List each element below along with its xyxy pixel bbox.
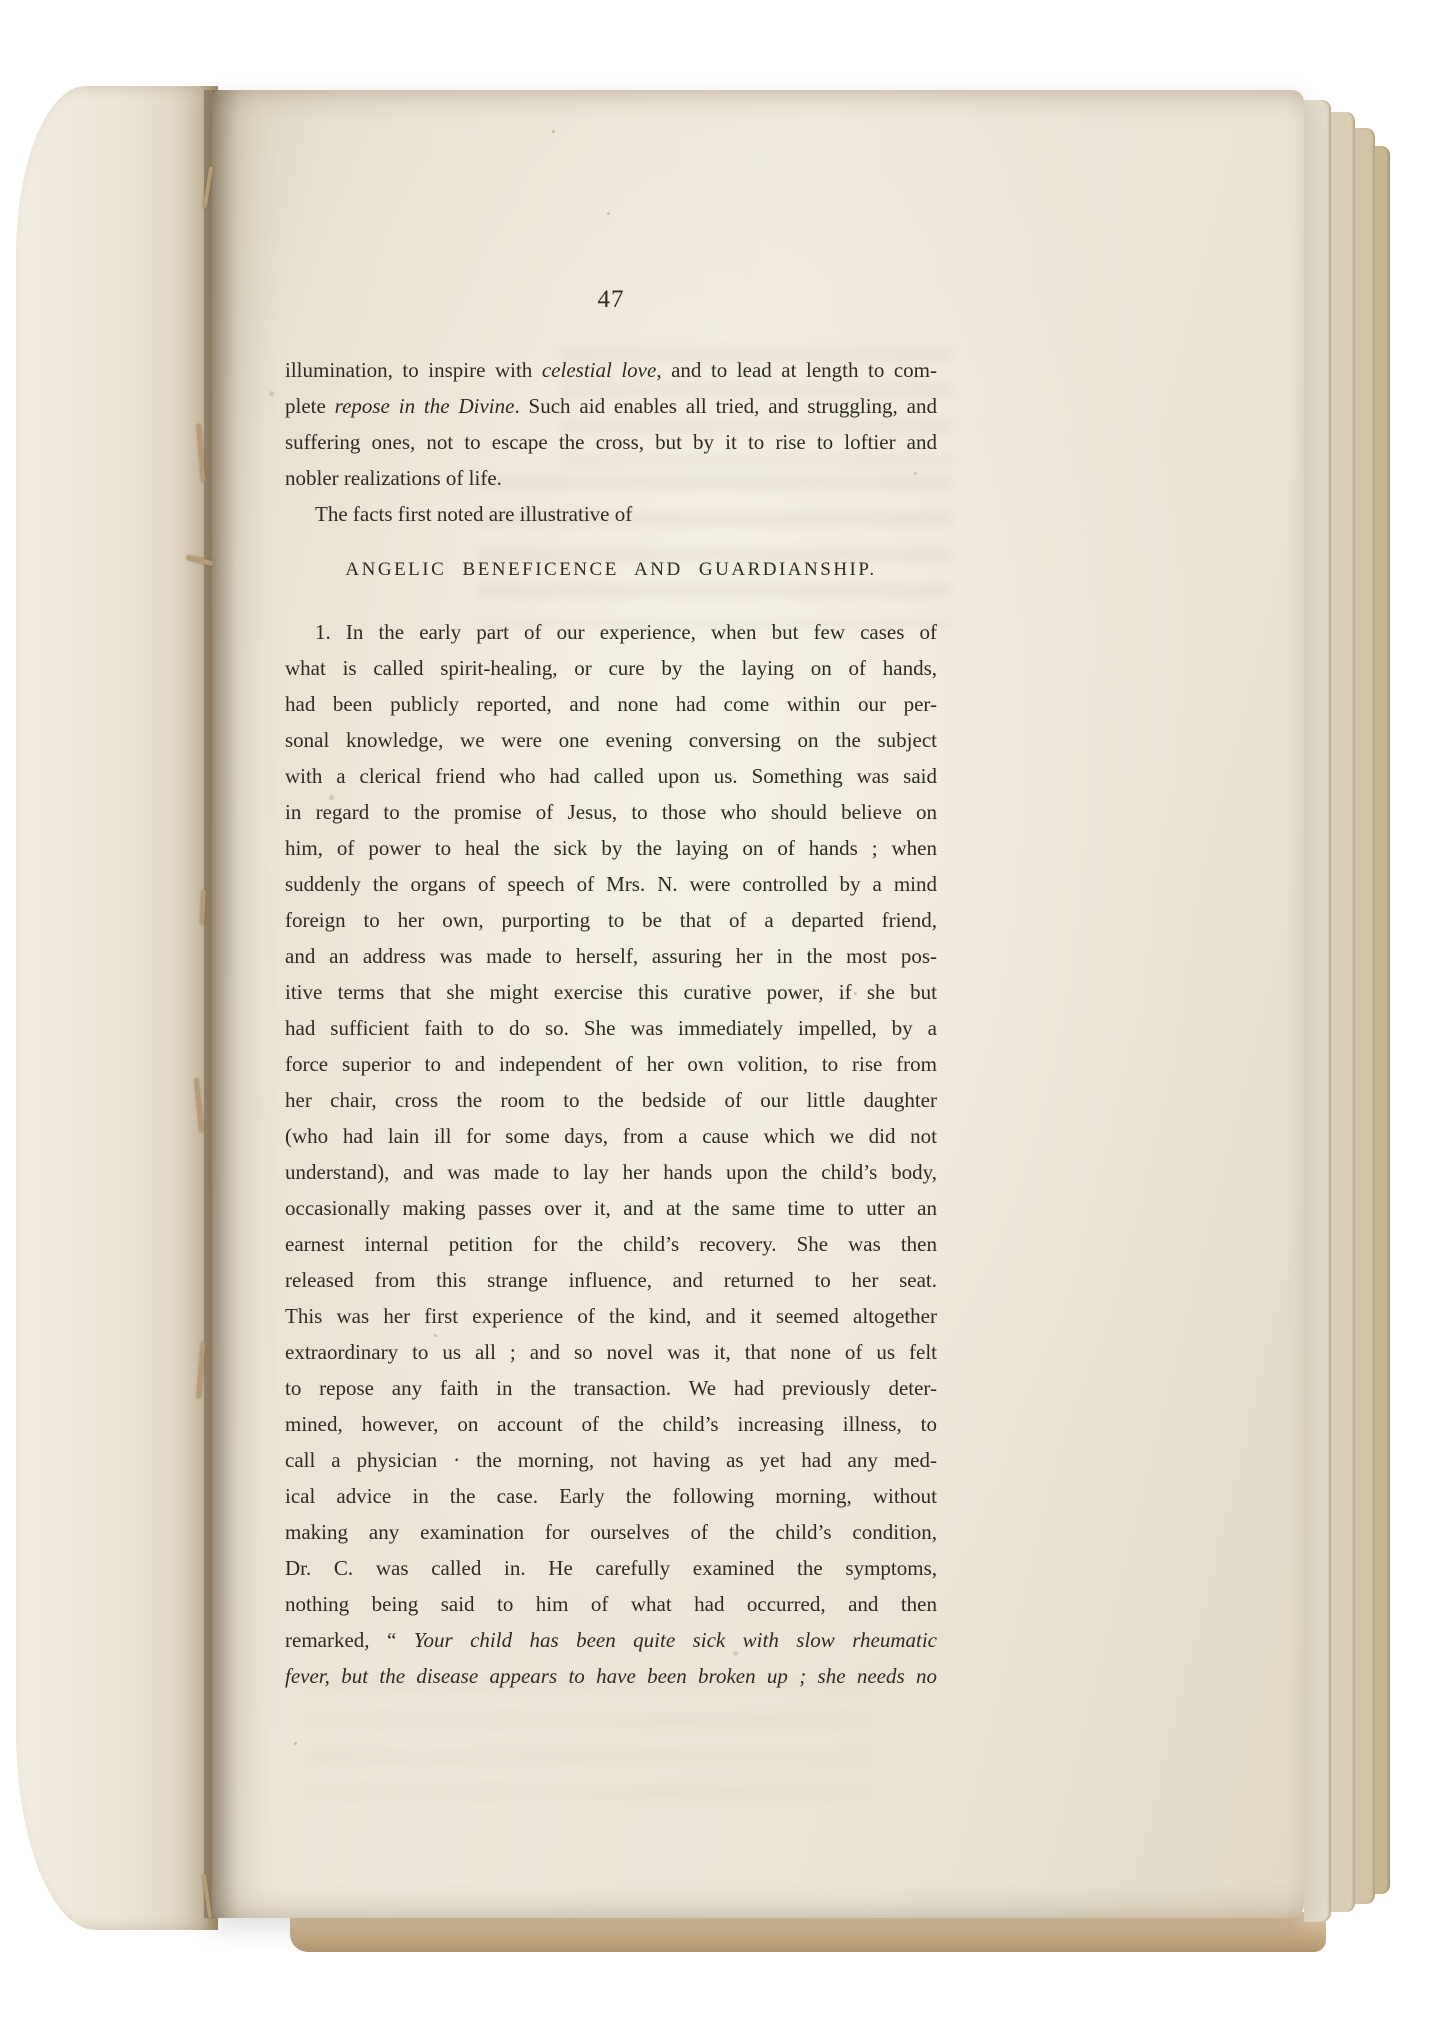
italic-text: celestial love [542, 358, 656, 382]
text-line: suddenly the organs of speech of Mrs. N.… [285, 866, 937, 902]
text-line: her chair, cross the room to the bedside… [285, 1082, 937, 1118]
text-line: and an address was made to herself, assu… [285, 938, 937, 974]
text-line: what is called spirit-healing, or cure b… [285, 650, 937, 686]
text-line: call a physician · the morning, not havi… [285, 1442, 937, 1478]
text-line: understand), and was made to lay her han… [285, 1154, 937, 1190]
text-line: (who had lain ill for some days, from a … [285, 1118, 937, 1154]
text-line: earnest internal petition for the child’… [285, 1226, 937, 1262]
text-line: The facts first noted are illustrative o… [285, 496, 937, 532]
page-number: 47 [285, 286, 937, 314]
text-line: 1. In the early part of our experience, … [285, 614, 937, 650]
italic-text: repose in the Divine [335, 394, 515, 418]
text-line: illumination, to inspire with celestial … [285, 352, 937, 388]
photo-backdrop: 47 illumination, to inspire with celesti… [0, 0, 1445, 2023]
text-line: ical advice in the case. Early the follo… [285, 1478, 937, 1514]
foxing-specks [212, 90, 215, 93]
fore-edge-layer [1375, 146, 1390, 1894]
fore-edge-layer [1304, 100, 1331, 1922]
italic-text: fever, but the disease appears to have b… [285, 1664, 937, 1688]
text-line: Dr. C. was called in. He carefully exami… [285, 1550, 937, 1586]
text-line: suffering ones, not to escape the cross,… [285, 424, 937, 460]
text-line: him, of power to heal the sick by the la… [285, 830, 937, 866]
text-line: sonal knowledge, we were one evening con… [285, 722, 937, 758]
text-line: This was her first experience of the kin… [285, 1298, 937, 1334]
text-block: illumination, to inspire with celestial … [285, 352, 937, 1694]
fore-edge-layer [1331, 112, 1355, 1912]
book-page: 47 illumination, to inspire with celesti… [212, 90, 1304, 1918]
text-line: plete repose in the Divine. Such aid ena… [285, 388, 937, 424]
fore-edge-layer [1355, 128, 1375, 1904]
text-line: extraordinary to us all ; and so novel w… [285, 1334, 937, 1370]
text-line: remarked, “ Your child has been quite si… [285, 1622, 937, 1658]
text-line: mined, however, on account of the child’… [285, 1406, 937, 1442]
text-line: fever, but the disease appears to have b… [285, 1658, 937, 1694]
text-line: with a clerical friend who had called up… [285, 758, 937, 794]
text-line: had been publicly reported, and none had… [285, 686, 937, 722]
text-line: had sufficient faith to do so. She was i… [285, 1010, 937, 1046]
page-stack-bottom-edge [290, 1912, 1326, 1952]
text-line: nobler realizations of life. [285, 460, 937, 496]
text-line: foreign to her own, purporting to be tha… [285, 902, 937, 938]
text-line: occasionally making passes over it, and … [285, 1190, 937, 1226]
show-through-patch [308, 1678, 874, 1806]
text-line: making any examination for ourselves of … [285, 1514, 937, 1550]
text-line: released from this strange influence, an… [285, 1262, 937, 1298]
text-line: nothing being said to him of what had oc… [285, 1586, 937, 1622]
text-line: to repose any faith in the transaction. … [285, 1370, 937, 1406]
text-line: force superior to and independent of her… [285, 1046, 937, 1082]
text-line: itive terms that she might exercise this… [285, 974, 937, 1010]
italic-text: Your child has been quite sick with slow… [414, 1628, 937, 1652]
facing-page-sliver [16, 86, 218, 1930]
section-heading: ANGELIC BENEFICENCE AND GUARDIANSHIP. [285, 552, 937, 588]
text-line: in regard to the promise of Jesus, to th… [285, 794, 937, 830]
